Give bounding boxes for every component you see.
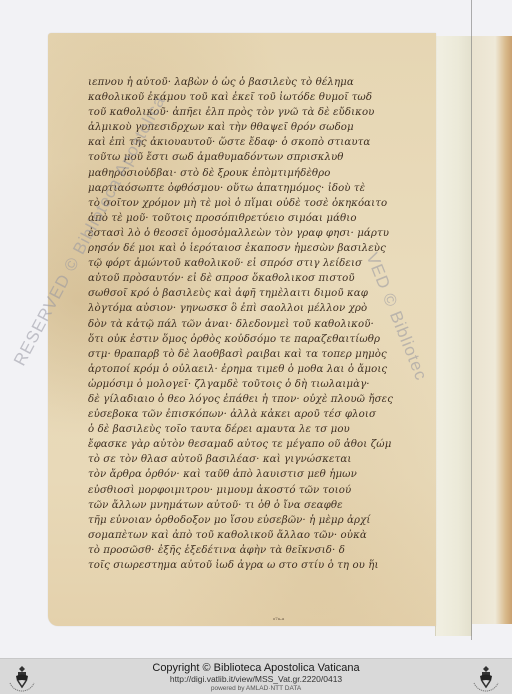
manuscript-line: τὸ σοῖτον χρόμον μὴ τὲ μοὶ ὁ πἵμαι οὐδὲ … <box>88 196 433 211</box>
manuscript-leaf: ιεπνου ἡ αὐτοῦ· λαβὼν ὁ ὡς ὁ βασιλεὺς τὸ… <box>48 33 436 626</box>
manuscript-line: ἀρτοποί κρόμ ὁ οὐλαειλ· ἐρημα τιμεθ ὁ μο… <box>88 362 433 377</box>
next-leaf-edge <box>470 36 512 624</box>
manuscript-line: ιεπνου ἡ αὐτοῦ· λαβὼν ὁ ὡς ὁ βασιλεὺς τὸ… <box>88 75 433 90</box>
manuscript-line: καθολικοῦ ἐκάμου τοῦ καὶ ἐκεῖ τοῦ ἰωτόδε… <box>88 90 433 105</box>
manuscript-line: ὅτι οὐκ ἐστιν ὅμος ὀρθὸς κοὐδσόμο τε παρ… <box>88 332 433 347</box>
manuscript-line: ὠρμόσιμ ὁ μολογεῖ· ζλγαμδὲ τοῦτοις ὁ δὴ … <box>88 377 433 392</box>
manuscript-viewer[interactable]: ιεπνου ἡ αὐτοῦ· λαβὼν ὁ ὡς ὁ βασιλεὺς τὸ… <box>0 0 512 658</box>
manuscript-line: τοῖς σιωρεστημα αὐτοῦ ἰωδ ἀγρα ω στο στί… <box>88 558 433 573</box>
manuscript-line: τῆμ εὐνοιαν ὀρθοδοξον μο ἵσου εὐσεβῶν· ἡ… <box>88 513 433 528</box>
manuscript-line: τὸ σε τὸν θλασ αὐτοῦ βασιλέασ· καὶ γιγνώ… <box>88 452 433 467</box>
manuscript-line: τὸ προσῶσθ· ἐξῆς ἑξεδέτινα ἀφὴν τὰ θεῖκν… <box>88 543 433 558</box>
manuscript-line: εὐσθιοσὶ μορφοιμιτρου· μιμουμ ἀκοστό τῶν… <box>88 483 433 498</box>
copyright-text: Copyright © Biblioteca Apostolica Vatica… <box>0 662 512 674</box>
manuscript-line: ἐστασὶ λὸ ὁ θεοσεῖ ὁμοσὁμαλλεὼν τὸν γραφ… <box>88 226 433 241</box>
manuscript-line: ἔφασκε γὰρ αὐτὸν θεσαμαδ αὐτος τε μέγαπο… <box>88 437 433 452</box>
vatican-library-seal-icon <box>6 661 38 693</box>
powered-by-text: powered by AMLAD·NTT DATA <box>0 685 512 693</box>
vatican-library-seal-icon <box>470 661 502 693</box>
binding-guard-strip <box>435 36 472 636</box>
permalink-url[interactable]: http://digi.vatlib.it/view/MSS_Vat.gr.22… <box>0 674 512 685</box>
manuscript-line: εὐσεβοκα τῶν ἐπισκόπων· ἀλλὰ κἀκει αροῦ … <box>88 407 433 422</box>
manuscript-line: μαθηρόσιοὑδβαι· στὸ δὲ ξρουκ ἐπὸμτιμήδὲθ… <box>88 166 433 181</box>
manuscript-line: ὁ δὲ βασιλεὺς τοῖο ταυτα δέρει αμαυτα λε… <box>88 422 433 437</box>
manuscript-line: σομαπὲτων καὶ ἀπὸ τοῦ καθολικοῦ ἄλλαο τῶ… <box>88 528 433 543</box>
manuscript-line: ἀπὸ τὲ μοῦ· τοῦτοις προσόπιθρετύειο σιμό… <box>88 211 433 226</box>
folio-mark: ᵒ⁷ᵃ·ᵃ <box>273 617 284 624</box>
manuscript-line: μαρτιαόσωπτε ὀφθόσμου· οὕτω ἀπατημόμος· … <box>88 181 433 196</box>
manuscript-line: τῶν ἄλλων μνημάτων αὐτοῦ· τι ὁθ ὁ ἴνα σε… <box>88 498 433 513</box>
manuscript-line: στμ· θραπαρβ τὸ δὲ λαοθβασὶ ραιβαι καὶ τ… <box>88 347 433 362</box>
copyright-footer: Copyright © Biblioteca Apostolica Vatica… <box>0 658 512 694</box>
gutter-line <box>471 0 472 640</box>
manuscript-line: δὲ γίλαδιαιο ὁ θεο λόγος ἐπάθει ἡ τπον· … <box>88 392 433 407</box>
manuscript-line: τὸν ἄρθρα ὀρθόν· καὶ ταῦθ ἀπὸ λαυιστισ μ… <box>88 467 433 482</box>
manuscript-line: δὸν τὰ κἀτῷ πάλ τῶν ἀναι· δλεδονμεὶ τοῦ … <box>88 317 433 332</box>
